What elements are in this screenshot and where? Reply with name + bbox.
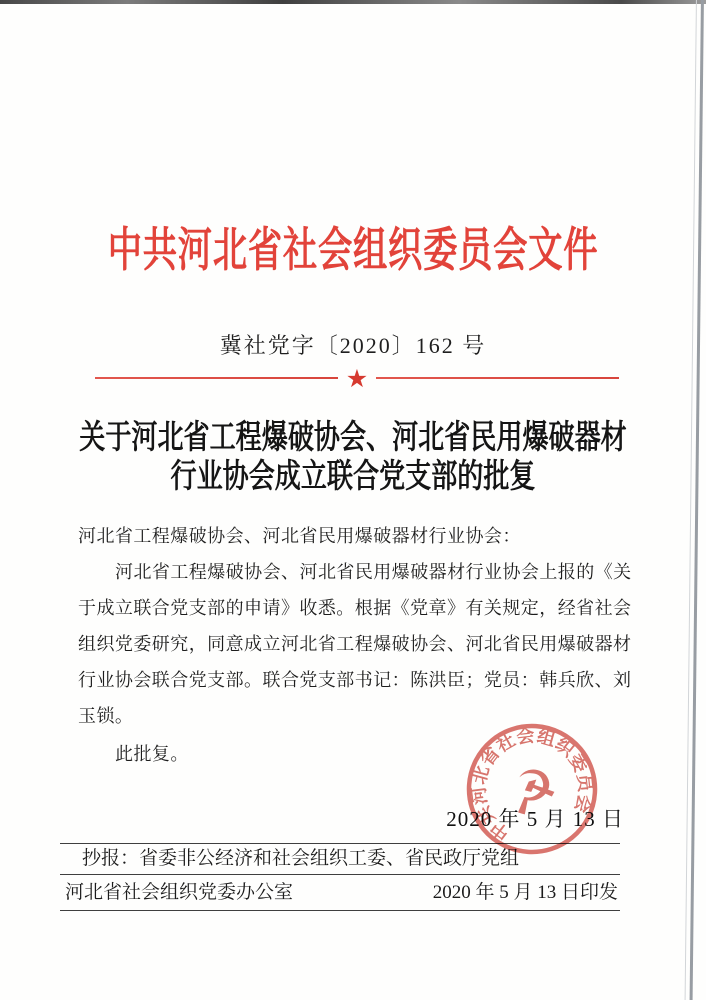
official-seal: 中共河北省社会组织委员会 ☭ xyxy=(462,719,602,859)
red-line-right xyxy=(376,377,619,379)
hammer-sickle-icon: ☭ xyxy=(499,754,567,831)
document-title-line1: 关于河北省工程爆破协会、河北省民用爆破器材 xyxy=(74,419,632,458)
body-line: 河北省工程爆破协会、河北省民用爆破器材行业协会上报的《关 xyxy=(78,554,638,590)
document-title: 关于河北省工程爆破协会、河北省民用爆破器材 行业协会成立联合党支部的批复 xyxy=(0,419,706,497)
star-icon: ★ xyxy=(338,366,376,391)
body-line: 于成立联合党支部的申请》收悉。根据《党章》有关规定，经省社会 xyxy=(78,590,638,626)
red-divider: ★ xyxy=(95,365,619,391)
doc-number: 冀社党字〔2020〕162 号 xyxy=(0,329,706,360)
footer-row: 河北省社会组织党委办公室 2020 年 5 月 13 日印发 xyxy=(60,874,620,911)
scan-edge-top xyxy=(0,0,706,4)
issuing-office: 河北省社会组织党委办公室 xyxy=(65,875,293,910)
header-title-text: 中共河北省社会组织委员会文件 xyxy=(108,224,599,278)
body-line: 行业协会联合党支部。联合党支部书记：陈洪臣；党员：韩兵欣、刘 xyxy=(78,662,638,698)
scan-edge-right xyxy=(690,0,704,1000)
salutation: 河北省工程爆破协会、河北省民用爆破器材行业协会： xyxy=(78,518,638,554)
print-date: 2020 年 5 月 13 日印发 xyxy=(433,875,618,910)
document-title-line2: 行业协会成立联合党支部的批复 xyxy=(74,458,632,497)
body-line: 组织党委研究，同意成立河北省工程爆破协会、河北省民用爆破器材 xyxy=(78,626,638,662)
header-title: 中共河北省社会组织委员会文件 xyxy=(0,224,706,278)
document-page: 中共河北省社会组织委员会文件 冀社党字〔2020〕162 号 ★ 关于河北省工程… xyxy=(0,0,706,1000)
red-line-left xyxy=(95,377,338,379)
